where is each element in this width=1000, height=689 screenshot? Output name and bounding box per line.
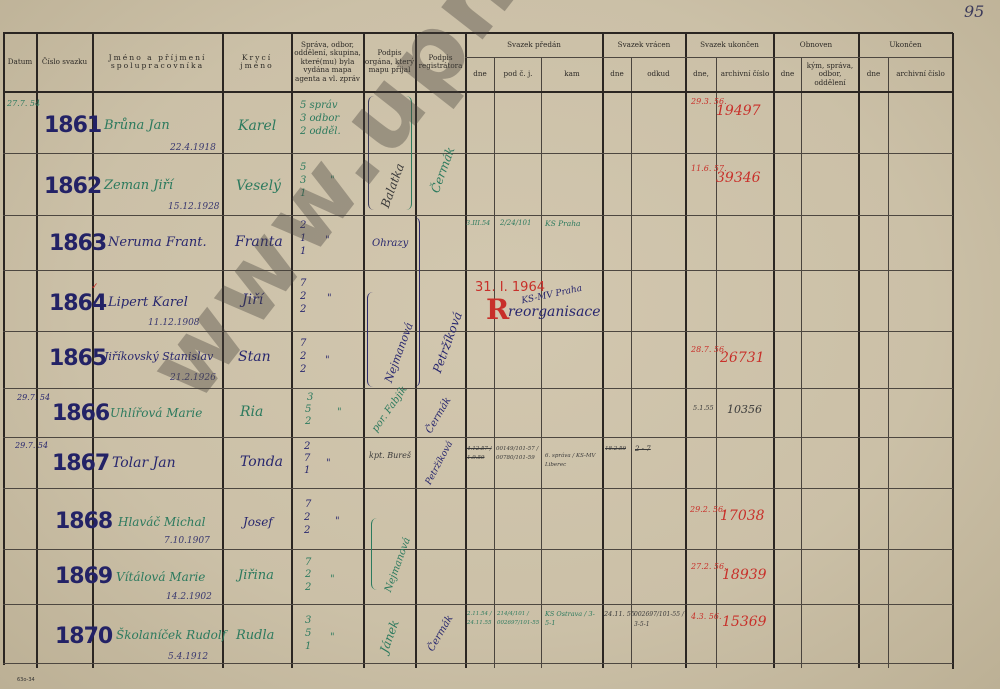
row-1868-unit-1: 7 [305,499,311,511]
header-kryci-jmeno: Krycí jméno [223,33,291,91]
bracket [414,217,420,387]
row-divider [3,270,953,271]
row-1867-name: Tolar Jan [112,455,176,471]
row-1870-unit-1: 3 [305,615,311,627]
row-1869-unit-1: 7 [305,557,311,569]
header-sprava: Správa, odbor, oddělení, skupina, které(… [292,33,363,91]
row-1863-unit-2: 1 [300,233,306,245]
header-predan-kam: kam [542,58,602,91]
row-1864-unit-1: 7 [300,278,306,290]
row-1863-handed-date: 3.III.54 [466,219,490,227]
row-1870-birth: 5.4.1912 [168,652,208,662]
header-svazek-vracen: Svazek vrácen [603,33,685,57]
row-1867-ditto: " [326,458,331,470]
row-1862-unit-2: 3 [300,175,306,187]
row-1868-ditto: " [335,516,340,528]
row-1862-ditto: " [330,175,335,187]
row-1870-registrator-signature: Čermák [426,613,455,653]
row-1866-organ-signature: por. Fabjík [370,384,410,434]
row-1861-name: Brůna Jan [104,118,170,133]
header-cislo-svazku: Číslo svazku [37,33,92,91]
header-ukoncen2: Ukončen [859,33,952,57]
row-1866-alias: Ria [240,404,263,420]
row-1865-unit-2: 2 [300,351,306,363]
row-1861-birth: 22.4.1918 [170,143,216,153]
row-1867-handed-to: 6. správa / KS-MV Liberec [545,452,601,470]
row-1867-unit-2: 7 [304,453,310,465]
row-1869-ditto: " [330,574,335,586]
row-1866-registrator-signature: Čermák [424,395,453,435]
row-1864-birth: 11.12.1908 [148,318,200,328]
header-datum: Datum [4,33,36,91]
row-1863-handed-ref: 2/24/101 [500,219,531,227]
row-1864-alias: Jiří [242,292,263,308]
row-1870-organ-signature: Jánek [377,618,402,655]
row-1866-date: 29.7. 54 [17,393,50,403]
row-1866-unit-1: 3 [307,392,313,404]
row-1862-name: Zeman Jiří [104,178,173,193]
ledger-page: 95 Datum Číslo svazku Jméno a příjmení s… [0,0,1000,689]
row-1867-alias: Tonda [240,454,283,470]
grid-line [363,32,365,668]
row-1870-returned-from: 002697/101-55 / 3-5-1 [634,610,684,630]
header-vracen-odkud: odkud [632,58,685,91]
row-1862-alias: Veselý [236,178,281,194]
row-1866-closed-date: 5.1.55 [693,404,714,412]
header-podpis-organa: Podpis orgána, který mapu přijal [364,33,415,91]
page-number: 95 [964,2,984,21]
row-1863-unit-3: 1 [300,246,306,258]
row-1865-alias: Stan [238,349,271,365]
row-1861-number: 1861 [44,113,101,138]
row-1866-unit-2: 5 [305,404,311,416]
row-divider [3,663,953,664]
grid-line [465,32,467,668]
header-obnoven-kym: kým, správa, odbor, oddělení [802,58,858,91]
row-1870-alias: Rudla [236,628,274,643]
row-1867-handed-date: 4.12.57 / 1.9.59 [467,445,493,463]
row-1867-returned-from: 2 - 7 [635,445,651,453]
row-1865-name: Jiříkovský Stanislav [104,350,213,363]
row-1861-archive-no: 19497 [716,103,761,119]
row-1868-birth: 7.10.1907 [164,536,210,546]
grid-line [494,58,495,668]
row-1867-unit-3: 1 [304,465,310,477]
row-1869-birth: 14.2.1902 [166,592,212,602]
row-divider [3,388,953,389]
grid-line [773,32,775,668]
row-1862-number: 1862 [44,174,101,199]
grid-line [801,58,802,668]
signature-organ-1868-1869: Nejmanová [383,536,413,594]
bracket [368,96,374,210]
bracket [371,518,377,590]
row-1865-unit-1: 7 [300,338,306,350]
grid-line [952,33,954,669]
row-1865-ditto: " [325,355,330,367]
row-1870-number: 1870 [55,624,112,649]
header-svazek-ukoncen: Svazek ukončen [686,33,773,57]
row-1863-handed-to: KS Praha [545,219,581,228]
row-1863-number: 1863 [49,231,106,256]
bracket [406,96,412,210]
row-1868-name: Hlaváč Michal [118,515,206,529]
row-1870-archive-no: 15369 [722,614,767,630]
row-1866-ditto: " [337,407,342,419]
header-ukoncen-dne: dne, [686,58,716,91]
row-1864-name: Lipert Karel [108,295,188,310]
grid-line [36,32,38,668]
grid-line [858,32,860,668]
header-obnoven: Obnoven [774,33,858,57]
row-1866-archive-no: 10356 [727,403,762,416]
row-divider [3,215,953,216]
row-1870-name: Školaníček Rudolf [116,628,226,642]
row-1861-alias: Karel [238,118,276,134]
row-1864-stamp-letter: R [486,293,509,326]
row-1861-unit-3: 2 odděl. [300,126,341,138]
row-1868-archive-no: 17038 [720,508,765,524]
row-1867-organ-signature: kpt. Bureš [369,451,413,460]
header-predan-pod-cj: pod č. j. [495,58,541,91]
header-ukoncen-archivni: archivní číslo [717,58,773,91]
row-1865-unit-3: 2 [300,364,306,376]
row-1870-returned-date: 24.11. 55 [604,610,635,618]
check-mark-icon: ✓ [91,282,99,292]
row-1862-birth: 15.12.1928 [168,202,220,212]
row-1870-unit-3: 1 [305,641,311,653]
row-1870-unit-2: 5 [305,628,311,640]
row-1870-closed-date: 4.3. 56. [691,612,722,621]
row-1870-ditto: " [330,632,335,644]
grid-line [631,58,632,668]
row-1864-number: 1864 [49,291,106,316]
row-1867-returned-date: 18.2.59 [605,446,626,452]
bracket [367,292,373,387]
grid-line [222,32,224,668]
row-divider [3,549,953,550]
row-1862-unit-1: 5 [300,162,306,174]
row-1869-unit-2: 2 [305,569,311,581]
header-predan-dne: dne [466,58,494,91]
row-1865-archive-no: 26731 [720,350,765,366]
header-ukoncen2-dne: dne [859,58,888,91]
grid-line [685,32,687,668]
row-1863-organ-signature: Ohrazy [372,238,408,249]
row-divider [3,437,953,438]
row-1863-ditto: " [325,235,330,247]
row-1869-number: 1869 [55,564,112,589]
grid-line [888,58,889,668]
grid-line [291,32,293,668]
grid-line [541,58,542,668]
row-1862-unit-3: 1 [300,188,306,200]
header-svazek-predan: Svazek předán [466,33,602,57]
header-vracen-dne: dne [603,58,631,91]
header-podpis-registratora: Podpis registrátora [416,33,465,91]
row-1868-unit-2: 2 [304,512,310,524]
header-ukoncen2-archivni: archivní číslo [889,58,952,91]
row-divider [3,604,953,605]
row-1866-number: 1866 [52,401,109,426]
row-1868-unit-3: 2 [304,525,310,537]
row-1862-archive-no: 39346 [716,170,761,186]
grid-line [716,58,717,668]
row-1864-stamp-text: reorganisace [508,304,601,320]
row-1869-name: Vítálová Marie [116,570,205,584]
grid-line [602,32,604,668]
row-1866-unit-3: 2 [305,416,311,428]
row-1867-number: 1867 [52,451,109,476]
row-1869-unit-3: 2 [305,582,311,594]
row-1864-unit-3: 2 [300,304,306,316]
row-1870-handed-date: 2.11.54 / 24.11.55 [467,610,495,628]
row-1861-date: 27.7. 54 [7,99,40,109]
grid-line [3,33,5,665]
row-1864-unit-2: 2 [300,291,306,303]
row-1863-alias: Franta [235,234,283,250]
row-divider [3,153,953,154]
row-divider [3,331,953,332]
row-1867-date: 29.7. 54 [15,441,48,451]
row-1863-unit-1: 2 [300,220,306,232]
row-1863-name: Neruma Frant. [108,235,207,250]
form-code: 63o-34 [17,677,35,683]
grid-line [3,91,953,93]
row-1867-registrator-signature: Petržíková [424,440,455,487]
row-1866-name: Uhlířová Marie [110,406,202,420]
header-obnoven-dne: dne [774,58,801,91]
signature-organ-1861-1862: Balatka [378,162,407,210]
row-1867-handed-ref: 00149/101-57 / 00780/101-59 [496,445,541,463]
row-1864-ditto: " [327,293,332,305]
row-1865-birth: 21.2.1926 [170,373,216,383]
header-jmeno: Jméno a příjmení spolupracovníka [95,33,220,91]
row-1861-unit-1: 5 správ [300,100,337,112]
row-1870-handed-to: KS Ostrava / 3-5-1 [545,610,601,628]
row-1865-number: 1865 [49,346,106,371]
row-1869-archive-no: 18939 [722,567,767,583]
row-1870-handed-ref: 214/4/101 / 002697/101-55 [497,610,541,628]
row-1868-number: 1868 [55,509,112,534]
row-1867-unit-1: 2 [304,441,310,453]
signature-registrator-1863-1865: Petržíková [430,310,465,375]
row-1861-unit-2: 3 odbor [300,113,339,125]
row-1869-alias: Jiřina [238,568,274,583]
row-1868-alias: Josef [243,515,273,529]
row-divider [3,488,953,489]
